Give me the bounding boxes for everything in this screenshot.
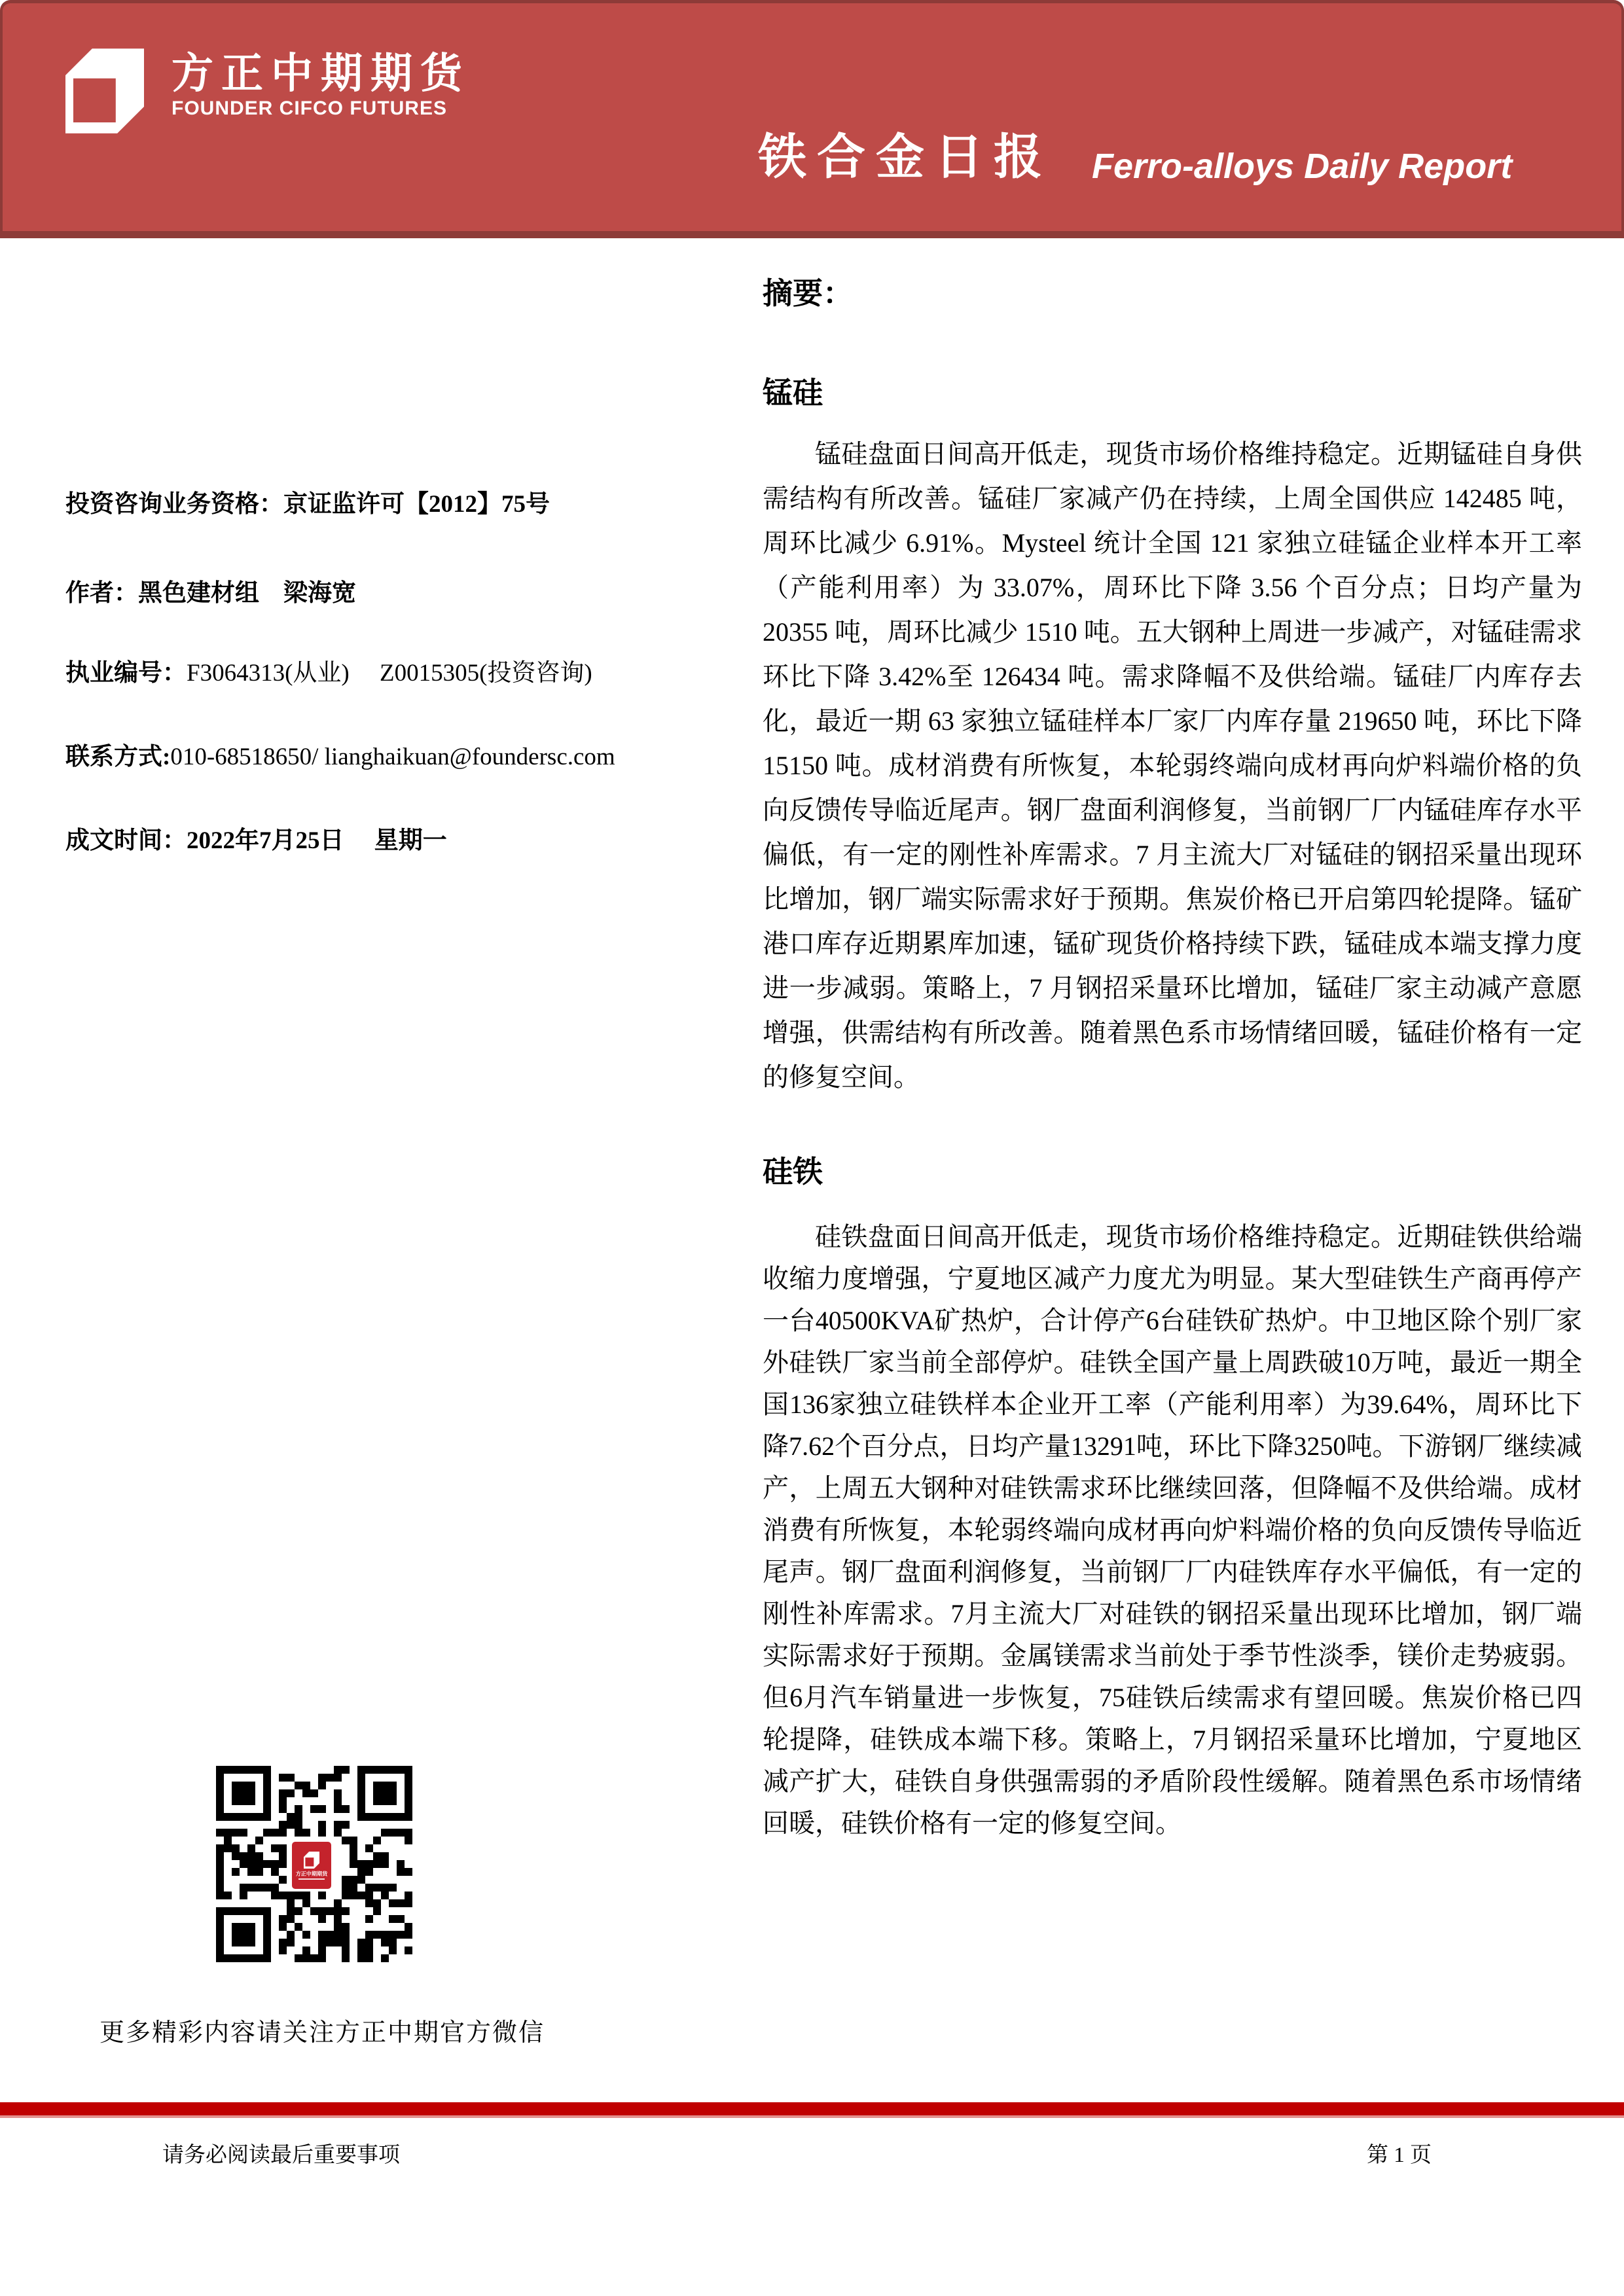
summary-heading: 摘要： — [763, 275, 853, 313]
meta-contact-label: 联系方式: — [65, 744, 170, 770]
company-name-en: FOUNDER CIFCO FUTURES — [171, 98, 470, 119]
qr-caption: 更多精彩内容请关注方正中期官方微信 — [99, 2017, 545, 2049]
section-body-ferrosilicon: 硅铁盘面日间高开低走，现货市场价格维持稳定。近期硅铁供给端收缩力度增强，宁夏地区… — [763, 1216, 1582, 1892]
footer-page-number: 第 1 页 — [1367, 2142, 1432, 2169]
meta-author-label: 作者： — [65, 580, 138, 607]
meta-license: 执业编号：F3064313(从业) Z0015305(投资咨询) — [65, 658, 694, 689]
meta-license-label: 执业编号： — [65, 660, 187, 687]
company-name-cn: 方正中期期货 — [171, 48, 470, 98]
report-title-cn: 铁合金日报 — [758, 128, 1053, 187]
meta-date-label: 成文时间： — [65, 827, 187, 854]
meta-author-value: 黑色建材组 梁海宽 — [138, 580, 356, 607]
meta-qualification-value: 京证监许可【2012】75号 — [283, 491, 550, 518]
meta-qualification: 投资咨询业务资格：京证监许可【2012】75号 — [65, 490, 694, 520]
qr-center-logo: 方正中期期货 — [289, 1839, 334, 1892]
header-banner-bottom-edge — [0, 231, 1624, 238]
report-page: 方正中期期货 FOUNDER CIFCO FUTURES 铁合金日报 Ferro… — [0, 0, 1624, 2296]
meta-license-value: F3064313(从业) Z0015305(投资咨询) — [187, 660, 592, 687]
section-title-manganese-silicon: 锰硅 — [763, 374, 823, 412]
section-body-manganese-silicon: 锰硅盘面日间高开低走，现货市场价格维持稳定。近期锰硅自身供需结构有所改善。锰硅厂… — [763, 432, 1582, 1153]
section-title-ferrosilicon: 硅铁 — [763, 1153, 823, 1191]
meta-date-value: 2022年7月25日 星期一 — [187, 827, 447, 854]
meta-contact-value: 010-68518650/ lianghaikuan@foundersc.com — [170, 744, 615, 770]
meta-contact: 联系方式:010-68518650/ lianghaikuan@founders… — [65, 742, 694, 772]
company-logo: 方正中期期货 FOUNDER CIFCO FUTURES — [65, 48, 470, 137]
founder-logo-icon — [65, 48, 144, 137]
meta-qualification-label: 投资咨询业务资格： — [65, 491, 283, 518]
report-title-en: Ferro-alloys Daily Report — [1092, 145, 1512, 187]
footer-disclaimer: 请务必阅读最后重要事项 — [162, 2142, 400, 2169]
qr-center-logo-text: 方正中期期货 — [296, 1871, 328, 1876]
meta-author: 作者：黑色建材组 梁海宽 — [65, 579, 694, 609]
company-logo-text: 方正中期期货 FOUNDER CIFCO FUTURES — [171, 48, 470, 119]
meta-date: 成文时间：2022年7月25日 星期一 — [65, 826, 694, 856]
qr-center-logo-icon — [304, 1852, 319, 1871]
wechat-qr-code: 方正中期期货 — [216, 1766, 412, 1962]
footer-red-bar — [0, 2102, 1624, 2118]
qr-center-logo-subline — [298, 1878, 325, 1880]
